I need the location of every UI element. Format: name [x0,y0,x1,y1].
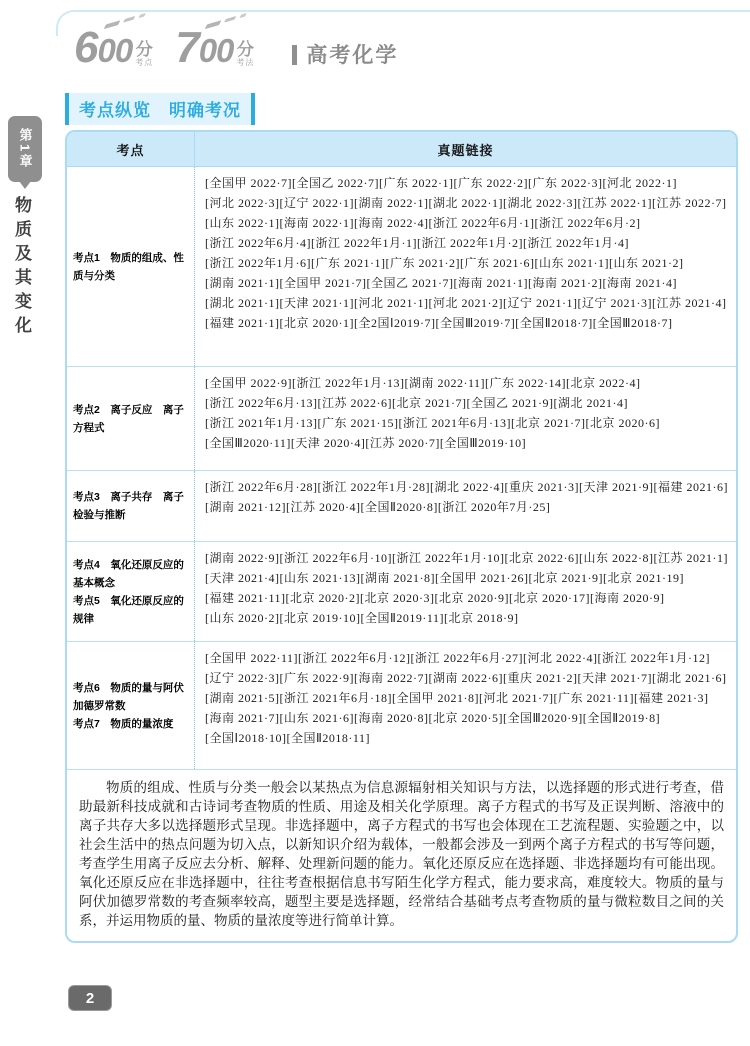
exam-link: [浙江 2022年1月·1] [311,233,417,253]
exam-link: [北京 2022·4] [566,373,641,393]
exam-link: [全国Ⅲ2020·11] [205,433,291,453]
exam-link: [海南 2021·1] [454,273,529,293]
exam-link: [全国乙 2022·7] [292,173,379,193]
exam-link: [北京 2020·5] [429,708,504,728]
exam-link: [海南 2022·7] [354,668,429,688]
textbook-page: 600 分 考点 700 分 考法 高考化学 考点纵览 明确考况 第1章 物质及… [0,0,750,1046]
exam-link: [北京 2021·7] [511,413,586,433]
table-row: 考点6 物质的量与阿伏加德罗常数考点7 物质的量浓度 [全国甲 2022·11]… [67,642,736,770]
exam-link: [全国Ⅲ2019·10] [440,433,526,453]
logo-700-number: 700 [175,28,233,71]
exam-link: [河北 2022·1] [603,173,678,193]
exam-link: [全国甲 2021·8] [392,688,479,708]
exam-link: [浙江 2022年6月·13] [205,393,318,413]
exam-link: [江苏 2021·1] [654,548,729,568]
exam-link: [辽宁 2021·1] [503,293,578,313]
exam-link: [广东 2021·11] [554,688,635,708]
exam-link: [浙江 2022年1月·12] [598,648,711,668]
exam-link: [辽宁 2022·3] [205,668,280,688]
exam-link: [全国Ⅱ2020·8] [361,497,438,517]
exam-link: [全国Ⅰ2018·10] [205,728,287,748]
exam-link: [山东 2022·1] [205,213,280,233]
exam-link: [江苏 2020·7] [365,433,440,453]
logo-600-tag: 考点 [135,58,153,68]
exam-link: [湖北 2022·3] [503,193,578,213]
exam-link: [山东 2021·13] [280,568,361,588]
exam-link: [全国甲 2021·26] [435,568,529,588]
exam-link: [北京 2021·9] [529,568,604,588]
links-cell: [全国甲 2022·11][浙江 2022年6月·12][浙江 2022年6月·… [195,642,736,769]
chapter-tab-pointer [19,181,31,189]
exam-link: [湖南 2022·11] [405,373,486,393]
table-row: 考点2 离子反应 离子方程式 [全国甲 2022·9][浙江 2022年1月·1… [67,367,736,471]
exam-link: [湖北 2022·1] [429,193,504,213]
exam-link: [广东 2021·1] [311,253,386,273]
exam-link: [浙江 2022年6月·10] [280,548,393,568]
chapter-tab-label: 第1章 [16,128,35,170]
chapter-tab: 第1章 [8,116,42,182]
exam-link: [浙江 2022年1月·6] [205,253,311,273]
exam-link: [湖北 2021·1] [205,293,280,313]
exam-link: [北京 2020·2] [286,588,361,608]
exam-point-label: 考点5 氧化还原反应的规律 [73,592,189,628]
exam-link: [浙江 2021年6月·18] [280,688,393,708]
exam-link: [江苏 2020·4] [286,497,361,517]
exam-link: [浙江 2022年6月·2] [535,213,641,233]
exam-link: [全国Ⅱ2018·11] [287,728,370,748]
exam-link: [浙江 2022年1月·28] [318,477,431,497]
chapter-title: 物质及其变化 [9,196,34,376]
links-cell: [湖南 2022·9][浙江 2022年6月·10][浙江 2022年1月·10… [195,542,736,641]
exam-link: [湖南 2022·9] [205,548,280,568]
brand-header: 600 分 考点 700 分 考法 高考化学 [74,28,398,71]
exam-link: [广东 2021·15] [318,413,399,433]
exam-link: [湖南 2022·6] [429,668,504,688]
exam-link: [浙江 2021年1月·13] [205,413,318,433]
exam-point-label: 考点3 离子共存 离子检验与推断 [73,488,189,524]
exam-link: [全国Ⅱ2018·7] [515,313,592,333]
column-header-links: 真题链接 [195,132,736,166]
topic-cell: 考点2 离子反应 离子方程式 [67,367,195,470]
links-cell: [全国甲 2022·7][全国乙 2022·7][广东 2022·1][广东 2… [195,167,736,366]
exam-link: [北京 2020·1] [280,313,355,333]
summary-paragraph: 物质的组成、性质与分类一般会以某热点为信息源辐射相关知识与方法，以选择题的形式进… [67,770,736,941]
exam-link: [广东 2022·1] [379,173,454,193]
exam-link: [广东 2022·3] [528,173,603,193]
exam-link: [北京 2022·6] [505,548,580,568]
exam-link: [山东 2021·1] [535,253,610,273]
exam-link: [河北 2022·3] [205,193,280,213]
exam-link: [河北 2021·1] [354,293,429,313]
logo-700-tag: 考法 [236,58,254,68]
exam-link: [湖南 2021·8] [361,568,436,588]
exam-link: [全国乙 2021·7] [367,273,454,293]
swoosh-decoration-icon [104,13,145,28]
exam-link: [天津 2021·7] [578,668,653,688]
exam-link: [全国甲 2022·11] [205,648,298,668]
logo-600-number: 600 [74,28,132,71]
exam-link: [北京 2020·9] [435,588,510,608]
exam-link: [江苏 2022·6] [318,393,393,413]
exam-link: [浙江 2022年1月·2] [417,233,523,253]
exam-link: [天津 2021·9] [579,477,654,497]
exam-link: [湖南 2021·1] [205,273,280,293]
exam-point-label: 考点6 物质的量与阿伏加德罗常数 [73,679,189,715]
subject-divider-bar [292,45,297,65]
exam-link: [河北 2022·4] [523,648,598,668]
subject-title: 高考化学 [306,39,398,69]
exam-link: [山东 2021·6] [280,708,355,728]
table-row: 考点1 物质的组成、性质与分类 [全国甲 2022·7][全国乙 2022·7]… [67,167,736,367]
exam-link: [全国乙 2021·9] [467,393,554,413]
exam-link: [北京 2020·17] [509,588,590,608]
exam-link: [北京 2019·10] [280,608,361,628]
exam-link: [浙江 2022年6月·4] [205,233,311,253]
exam-link: [山东 2022·8] [579,548,654,568]
topic-cell: 考点6 物质的量与阿伏加德罗常数考点7 物质的量浓度 [67,642,195,769]
exam-link: [浙江 2022年1月·13] [292,373,405,393]
table-row: 考点3 离子共存 离子检验与推断 [浙江 2022年6月·28][浙江 2022… [67,471,736,542]
exam-link: [浙江 2022年6月·1] [429,213,535,233]
exam-link: [福建 2021·6] [654,477,729,497]
exam-link: [重庆 2021·2] [503,668,578,688]
exam-link: [浙江 2022年1月·10] [392,548,505,568]
exam-link: [天津 2021·4] [205,568,280,588]
exam-link: [全国甲 2021·7] [280,273,367,293]
exam-link: [福建 2021·11] [205,588,286,608]
exam-link: [全国Ⅱ2019·11] [361,608,444,628]
exam-link: [江苏 2021·4] [652,293,727,313]
exam-link: [江苏 2022·7] [652,193,727,213]
exam-link: [全2国Ⅰ2019·7] [354,313,436,333]
exam-link: [山东 2020·2] [205,608,280,628]
exam-point-label: 考点7 物质的量浓度 [73,715,189,733]
exam-link: [广东 2022·2] [454,173,529,193]
links-cell: [浙江 2022年6月·28][浙江 2022年1月·28][湖北 2022·4… [195,471,736,541]
exam-link: [重庆 2021·3] [505,477,580,497]
exam-link: [海南 2022·4] [354,213,429,233]
exam-link: [海南 2020·8] [354,708,429,728]
exam-link: [北京 2020·3] [360,588,435,608]
exam-link: [天津 2020·4] [291,433,366,453]
swoosh-decoration-icon [205,13,246,28]
section-title: 考点纵览 明确考况 [65,93,255,125]
exam-link: [浙江 2022年1月·4] [523,233,629,253]
exam-link: [湖南 2022·1] [354,193,429,213]
exam-link: [河北 2021·2] [429,293,504,313]
table-row: 考点4 氧化还原反应的基本概念考点5 氧化还原反应的规律 [湖南 2022·9]… [67,542,736,642]
exam-link: [浙江 2020年7月·25] [438,497,551,517]
exam-link: [辽宁 2021·3] [578,293,653,313]
exam-link: [湖北 2021·4] [554,393,629,413]
exam-link: [湖北 2022·4] [430,477,505,497]
exam-point-label: 考点2 离子反应 离子方程式 [73,401,189,437]
logo-700: 700 分 考法 [175,28,254,71]
exam-link: [山东 2021·2] [609,253,684,273]
column-header-kaodian: 考点 [67,132,195,166]
exam-link: [北京 2021·19] [603,568,684,588]
exam-link: [河北 2021·7] [479,688,554,708]
exam-link: [北京 2021·7] [392,393,467,413]
exam-link: [海南 2021·7] [205,708,280,728]
exam-point-label: 考点1 物质的组成、性质与分类 [73,249,189,285]
logo-fen-label: 分 [136,41,153,58]
exam-link: [全国甲 2022·9] [205,373,292,393]
exam-link: [全国Ⅲ2019·7] [436,313,516,333]
exam-link: [浙江 2022年6月·12] [298,648,411,668]
exam-link: [湖南 2021·5] [205,688,280,708]
logo-fen-label: 分 [237,41,254,58]
exam-link: [北京 2020·6] [586,413,661,433]
exam-link: [海南 2021·4] [603,273,678,293]
exam-link: [湖南 2021·12] [205,497,286,517]
exam-link: [浙江 2022年6月·28] [205,477,318,497]
topic-cell: 考点4 氧化还原反应的基本概念考点5 氧化还原反应的规律 [67,542,195,641]
exam-link: [广东 2022·9] [280,668,355,688]
exam-link: [福建 2021·1] [205,313,280,333]
exam-link: [北京 2018·9] [444,608,519,628]
page-number-badge: 2 [68,985,112,1011]
exam-link: [全国甲 2022·7] [205,173,292,193]
exam-link: [辽宁 2022·1] [280,193,355,213]
exam-link: [江苏 2022·1] [578,193,653,213]
exam-link: [全国Ⅱ2019·8] [583,708,660,728]
exam-link: [海南 2020·9] [590,588,665,608]
exam-link: [福建 2021·3] [634,688,709,708]
exam-link: [广东 2021·6] [460,253,535,273]
exam-link: [广东 2021·2] [386,253,461,273]
exam-link: [广东 2022·14] [485,373,566,393]
exam-point-label: 考点4 氧化还原反应的基本概念 [73,556,189,592]
exam-link: [浙江 2022年6月·27] [411,648,524,668]
exam-link: [海南 2022·1] [280,213,355,233]
exam-link: [海南 2021·2] [528,273,603,293]
table-header-row: 考点 真题链接 [67,132,736,167]
exam-link: [浙江 2021年6月·13] [399,413,512,433]
topic-cell: 考点1 物质的组成、性质与分类 [67,167,195,366]
exam-link: [湖北 2021·6] [652,668,727,688]
exam-link: [全国Ⅲ2018·7] [593,313,673,333]
logo-600: 600 分 考点 [74,28,153,71]
topic-cell: 考点3 离子共存 离子检验与推断 [67,471,195,541]
links-cell: [全国甲 2022·9][浙江 2022年1月·13][湖南 2022·11][… [195,367,736,470]
overview-table: 考点 真题链接 考点1 物质的组成、性质与分类 [全国甲 2022·7][全国乙… [65,130,738,943]
exam-link: [天津 2021·1] [280,293,355,313]
exam-link: [全国Ⅲ2020·9] [503,708,583,728]
